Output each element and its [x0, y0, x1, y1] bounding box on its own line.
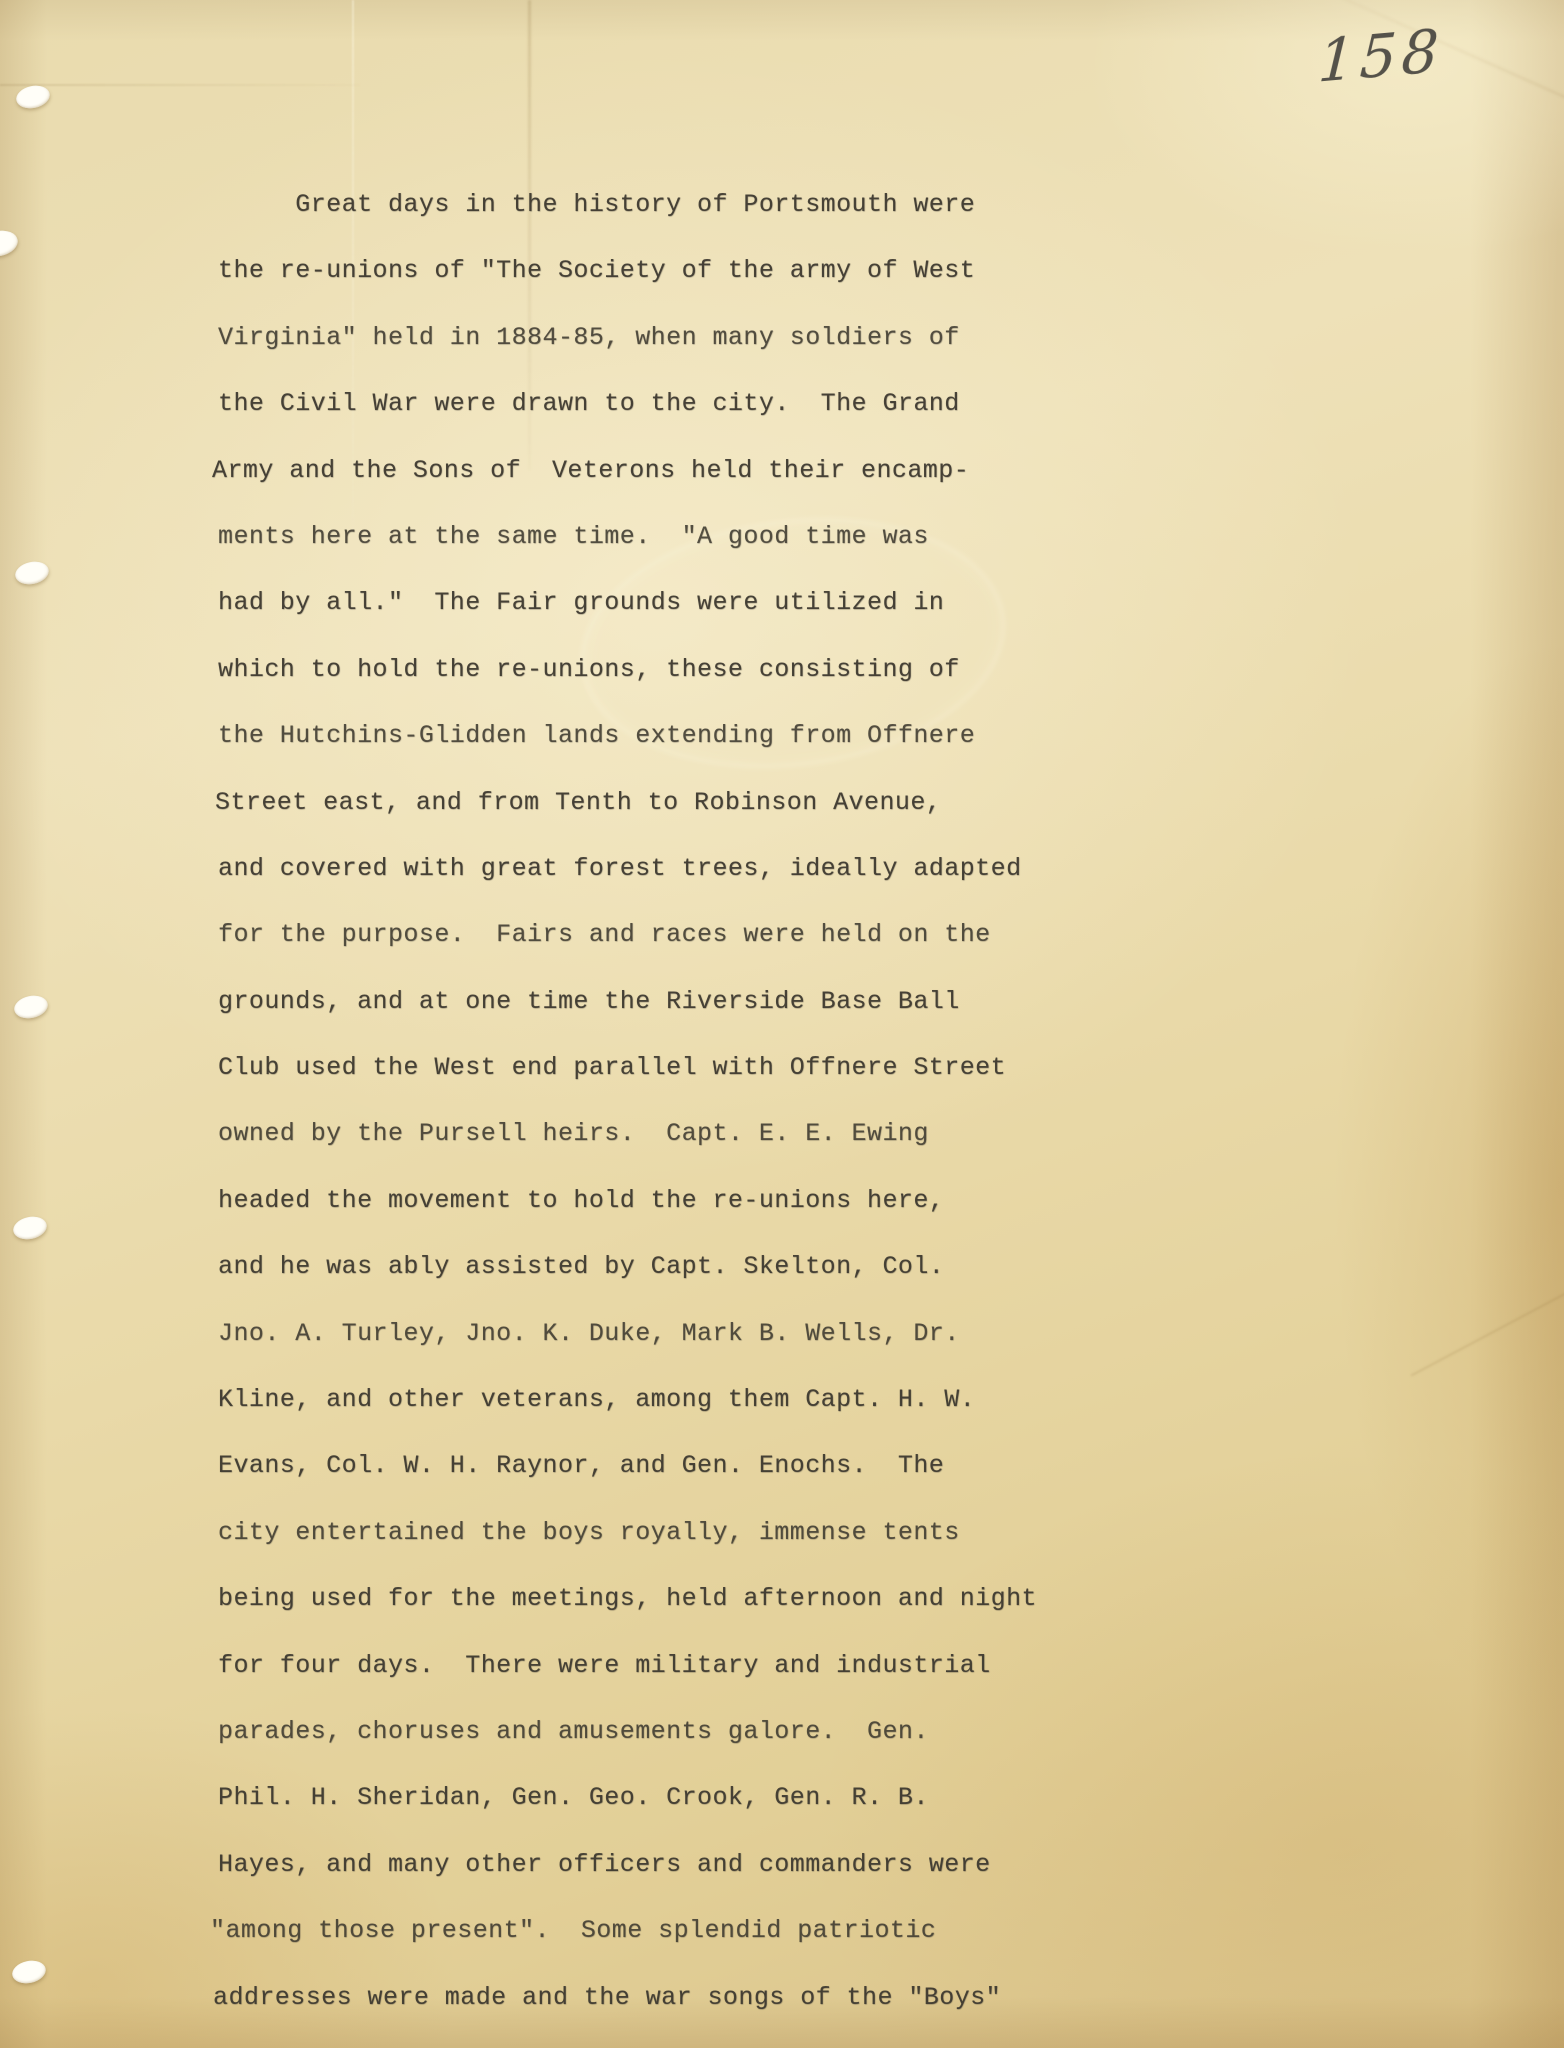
text-line: Hayes, and many other officers and comma… [218, 1832, 1037, 1898]
paper-crease-horizontal [0, 84, 360, 86]
text-line: headed the movement to hold the re-union… [218, 1168, 1037, 1234]
text-line: for the purpose. Fairs and races were he… [218, 902, 1037, 968]
text-line: being used for the meetings, held aftern… [218, 1566, 1037, 1632]
text-line: Phil. H. Sheridan, Gen. Geo. Crook, Gen.… [218, 1765, 1037, 1831]
text-line: the Civil War were drawn to the city. Th… [218, 371, 1037, 437]
text-line: Kline, and other veterans, among them Ca… [218, 1367, 1037, 1433]
text-line: ments here at the same time. "A good tim… [218, 504, 1037, 570]
text-line: Army and the Sons of Veterons held their… [212, 438, 1031, 504]
text-line: for four days. There were military and i… [218, 1633, 1037, 1699]
punch-hole [13, 559, 51, 588]
text-line: Street east, and from Tenth to Robinson … [215, 770, 1034, 836]
text-line: had by all." The Fair grounds were utili… [218, 570, 1037, 636]
text-line: Club used the West end parallel with Off… [218, 1035, 1037, 1101]
page-number: 158 [1316, 16, 1445, 96]
text-line: Great days in the history of Portsmouth … [218, 172, 1037, 238]
text-line: which to hold the re-unions, these consi… [218, 637, 1037, 703]
text-line: Virginia" held in 1884-85, when many sol… [218, 305, 1037, 371]
paper-crease-diagonal [1411, 1286, 1564, 1377]
punch-hole [11, 1214, 49, 1243]
punch-hole [14, 83, 52, 112]
text-line: addresses were made and the war songs of… [213, 1965, 1032, 2031]
text-line: and covered with great forest trees, ide… [218, 836, 1037, 902]
text-line: parades, choruses and amusements galore.… [218, 1699, 1037, 1765]
text-line: and he was ably assisted by Capt. Skelto… [218, 1234, 1037, 1300]
text-line: Evans, Col. W. H. Raynor, and Gen. Enoch… [218, 1433, 1037, 1499]
text-line: "among those present". Some splendid pat… [210, 1898, 1029, 1964]
text-line: grounds, and at one time the Riverside B… [218, 969, 1037, 1035]
text-line: city entertained the boys royally, immen… [218, 1500, 1037, 1566]
text-line: owned by the Pursell heirs. Capt. E. E. … [218, 1101, 1037, 1167]
punch-hole [10, 1958, 48, 1987]
text-line: the re-unions of "The Society of the arm… [218, 238, 1037, 304]
scanned-page: 158 Great days in the history of Portsmo… [0, 0, 1564, 2048]
punch-hole [12, 993, 50, 1022]
punch-hole [0, 227, 20, 259]
typewritten-text: Great days in the history of Portsmouth … [218, 172, 1037, 2031]
text-line: Jno. A. Turley, Jno. K. Duke, Mark B. We… [218, 1301, 1037, 1367]
text-line: the Hutchins-Glidden lands extending fro… [218, 703, 1037, 769]
